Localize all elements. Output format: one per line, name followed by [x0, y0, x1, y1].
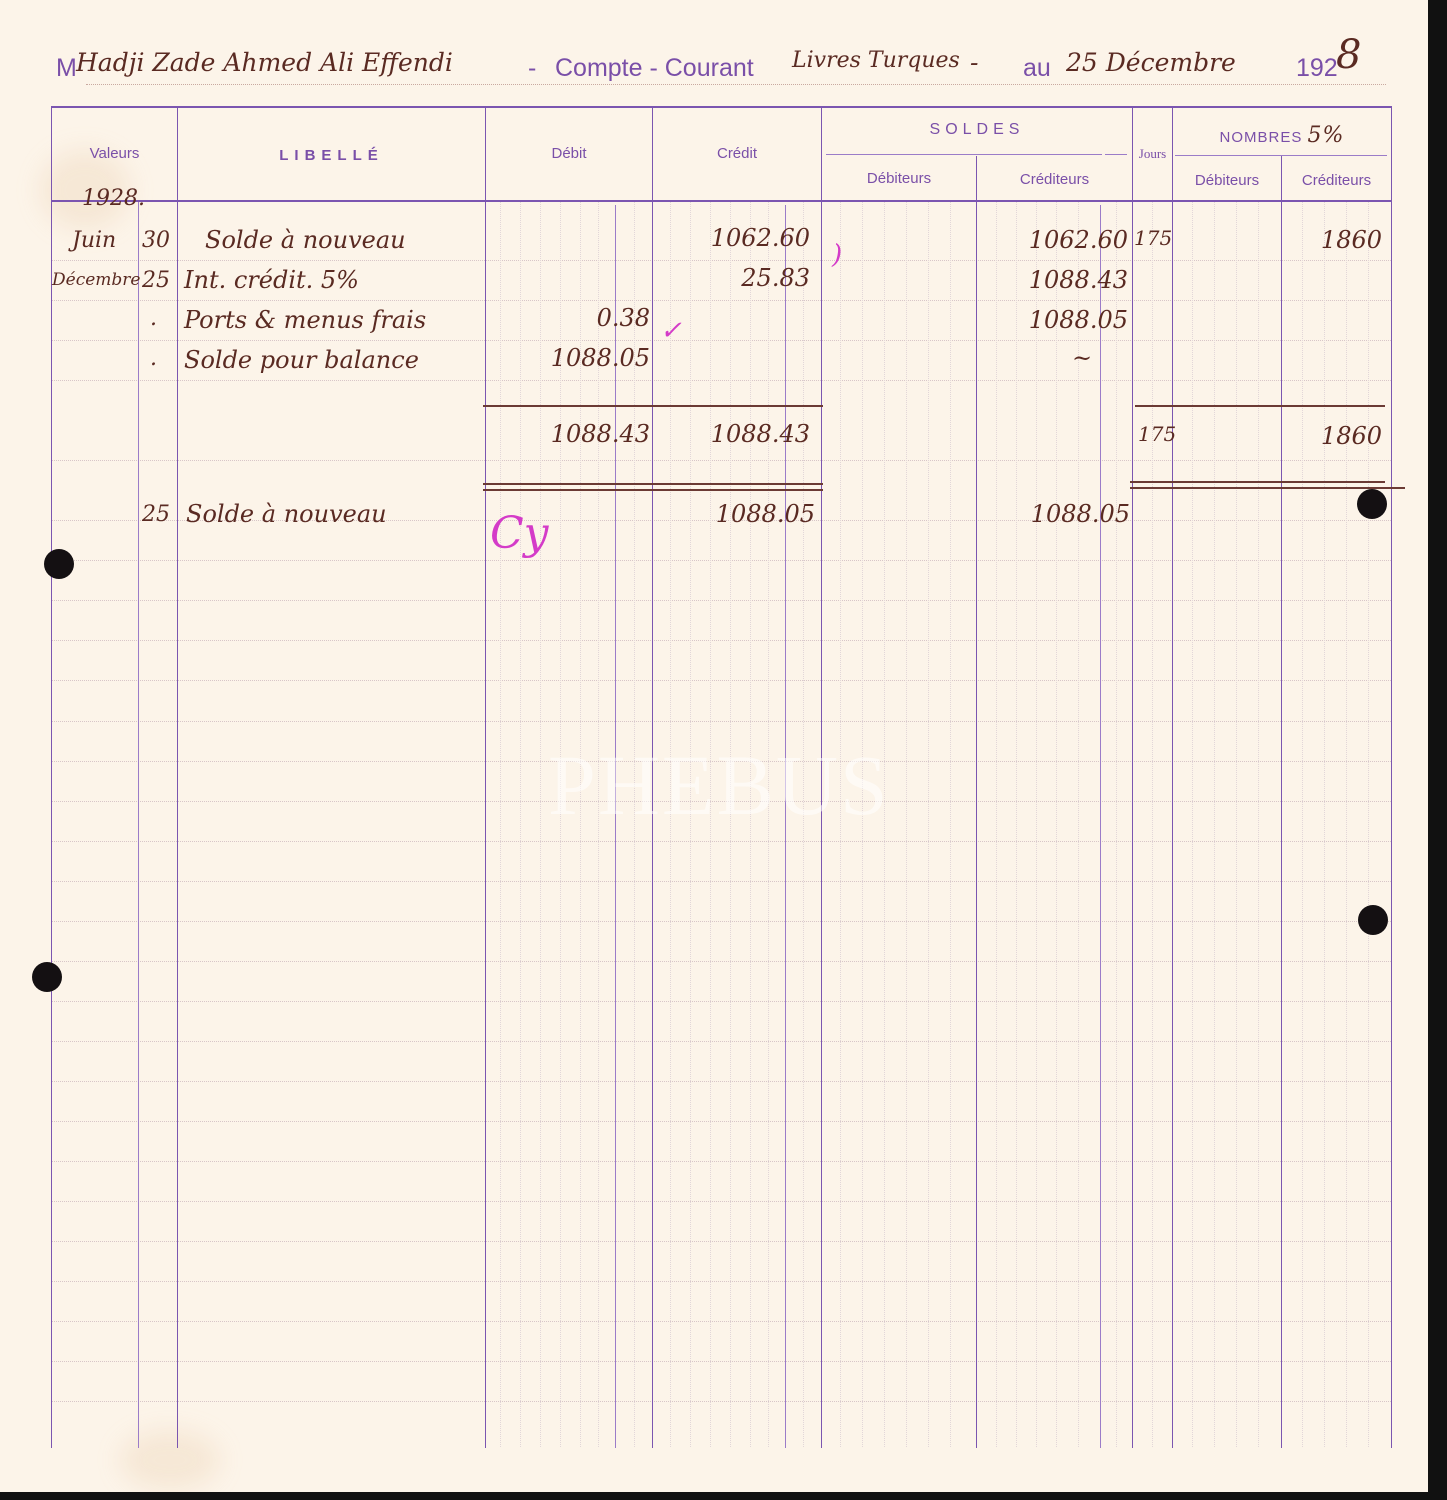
- carry-day: 25: [142, 502, 170, 527]
- row1-nombres-cred: 1860: [1290, 226, 1382, 254]
- row-rule: [51, 560, 1391, 561]
- row1-month: Juin: [72, 228, 116, 253]
- grid-col: [1016, 202, 1017, 1447]
- row-rule: [51, 921, 1391, 922]
- grid-col: [996, 202, 997, 1447]
- totals-rule-top: [483, 405, 823, 407]
- row-rule: [51, 1401, 1391, 1402]
- header-bottom-border: [51, 200, 1392, 202]
- row3-libelle: Ports & menus frais: [184, 306, 426, 334]
- statement-title: M Hadji Zade Ahmed Ali Effendi - Compte …: [56, 46, 1386, 86]
- valeurs-libelle-divider: [177, 106, 178, 1448]
- total-jours: 175: [1138, 422, 1176, 446]
- table-top-border: [51, 106, 1392, 108]
- row1-jours: 175: [1134, 226, 1172, 250]
- row2-day: 25: [142, 268, 170, 293]
- header-jours: Jours: [1133, 146, 1172, 162]
- grid-col: [540, 202, 541, 1447]
- totals-double-rule: [1130, 481, 1385, 483]
- row1-day: 30: [142, 228, 170, 253]
- soldes-jours-divider: [1132, 106, 1133, 1448]
- header-debit: Débit: [486, 145, 652, 162]
- row2-credit: 25.83: [680, 264, 810, 292]
- row-rule: [51, 1361, 1391, 1362]
- row-rule: [51, 340, 1391, 341]
- valeurs-day-divider: [138, 202, 139, 1448]
- row-rule: [51, 1161, 1391, 1162]
- header-soldes: SOLDES: [822, 121, 1132, 139]
- row4-debit: 1088.05: [500, 344, 650, 372]
- total-nombres-cred: 1860: [1290, 422, 1382, 450]
- client-name: Hadji Zade Ahmed Ali Effendi: [76, 48, 453, 77]
- row-rule: [51, 640, 1391, 641]
- title-sep: -: [970, 48, 978, 77]
- punch-hole: [1358, 905, 1388, 935]
- carry-credit: 1088.05: [670, 500, 815, 528]
- row-rule: [51, 1241, 1391, 1242]
- currency: Livres Turques: [792, 48, 960, 73]
- carry-libelle: Solde à nouveau: [186, 500, 387, 528]
- row-rule: [51, 600, 1391, 601]
- grid-col: [1116, 202, 1117, 1447]
- grid-col: [1324, 202, 1325, 1447]
- scan-edge: [1428, 0, 1447, 1500]
- totals-rule-top: [1135, 405, 1385, 407]
- header-libelle: LIBELLÉ: [178, 147, 485, 164]
- grid-col: [1192, 202, 1193, 1447]
- header-valeurs: Valeurs: [52, 145, 177, 162]
- total-credit: 1088.43: [670, 420, 810, 448]
- row1-libelle: Solde à nouveau: [205, 226, 406, 254]
- punch-hole: [32, 962, 62, 992]
- row-rule: [51, 1001, 1391, 1002]
- grid-col: [500, 202, 501, 1447]
- carry-solde-cred: 1088.05: [990, 500, 1130, 528]
- title-baseline: [86, 84, 1386, 85]
- header-nombres-crediteurs: Créditeurs: [1282, 172, 1391, 189]
- total-debit: 1088.43: [500, 420, 650, 448]
- ledger-paper: M Hadji Zade Ahmed Ali Effendi - Compte …: [0, 0, 1428, 1492]
- row-rule: [51, 961, 1391, 962]
- row4-libelle: Solde pour balance: [184, 346, 419, 374]
- row2-month: Décembre: [52, 270, 140, 290]
- soldes-subheader-line: [826, 154, 1102, 155]
- row-rule: [51, 1281, 1391, 1282]
- row-rule: [51, 460, 1391, 461]
- jours-nombres-divider: [1172, 106, 1173, 1448]
- nombres-label: NOMBRES: [1220, 129, 1303, 146]
- row-rule: [51, 1321, 1391, 1322]
- row1-credit: 1062.60: [660, 224, 810, 252]
- scan-edge: [0, 1492, 1447, 1500]
- row-rule: [51, 1121, 1391, 1122]
- soldes-cents-divider: [1100, 205, 1101, 1448]
- grid-col: [950, 202, 951, 1447]
- row-rule: [51, 721, 1391, 722]
- paper-stain: [120, 1430, 220, 1490]
- totals-double-rule: [483, 483, 823, 485]
- grid-col: [1346, 202, 1347, 1447]
- libelle-debit-divider: [485, 106, 486, 1448]
- year-suffix: 8: [1336, 32, 1361, 78]
- row4-day: .: [150, 346, 157, 371]
- table-right-border: [1391, 106, 1392, 1448]
- nombres-rate: 5%: [1308, 123, 1345, 148]
- row3-solde-cred: 1088.05: [980, 306, 1128, 334]
- row-rule: [51, 881, 1391, 882]
- grid-col: [906, 202, 907, 1447]
- punch-hole: [44, 549, 74, 579]
- totals-double-rule: [483, 489, 823, 491]
- grid-col: [520, 202, 521, 1447]
- title-sep: -: [528, 54, 536, 83]
- account-type-label: Compte - Courant: [555, 54, 754, 83]
- header-soldes-crediteurs: Créditeurs: [977, 171, 1132, 188]
- grid-col: [1078, 202, 1079, 1447]
- row-rule: [51, 841, 1391, 842]
- row3-debit: 0.38: [540, 304, 650, 332]
- header-nombres-debiteurs: Débiteurs: [1173, 172, 1281, 189]
- row1-solde-cred: 1062.60: [980, 226, 1128, 254]
- grid-col: [1056, 202, 1057, 1447]
- title-prefix: M: [56, 54, 77, 83]
- row3-day: .: [150, 306, 157, 331]
- punch-hole: [1357, 489, 1387, 519]
- totals-double-rule: [1130, 487, 1405, 489]
- tick-mark: ✓: [660, 316, 682, 346]
- grid-col: [1152, 202, 1153, 1447]
- date-prefix: au: [1023, 54, 1051, 83]
- soldes-subheader-line: [1105, 154, 1127, 155]
- statement-date: 25 Décembre: [1066, 48, 1236, 77]
- grid-col: [1036, 202, 1037, 1447]
- grid-col: [1214, 202, 1215, 1447]
- grid-col: [928, 202, 929, 1447]
- row2-libelle: Int. crédit. 5%: [184, 266, 359, 294]
- year-note: 1928.: [82, 186, 145, 211]
- row-rule: [51, 300, 1391, 301]
- row4-solde-cred: ~: [1072, 344, 1092, 372]
- row-rule: [51, 1081, 1391, 1082]
- grid-col: [1368, 202, 1369, 1447]
- grid-col: [1258, 202, 1259, 1447]
- row-rule: [51, 680, 1391, 681]
- header-soldes-debiteurs: Débiteurs: [822, 170, 976, 187]
- row-rule: [51, 260, 1391, 261]
- table-left-border: [51, 106, 52, 1448]
- soldes-deb-cred-divider: [976, 156, 977, 1448]
- year-printed: 192: [1296, 54, 1338, 83]
- row-rule: [51, 1041, 1391, 1042]
- header-nombres: NOMBRES 5%: [1173, 123, 1391, 148]
- row2-solde-cred: 1088.43: [980, 266, 1128, 294]
- pink-initials: Cy: [490, 508, 549, 559]
- watermark: PHEBUS: [548, 735, 890, 835]
- grid-col: [1302, 202, 1303, 1447]
- grid-col: [1236, 202, 1237, 1447]
- nombres-deb-cred-divider: [1281, 156, 1282, 1448]
- row-rule: [51, 380, 1391, 381]
- header-credit: Crédit: [653, 145, 821, 162]
- tick-mark: ): [832, 240, 842, 270]
- row-rule: [51, 1201, 1391, 1202]
